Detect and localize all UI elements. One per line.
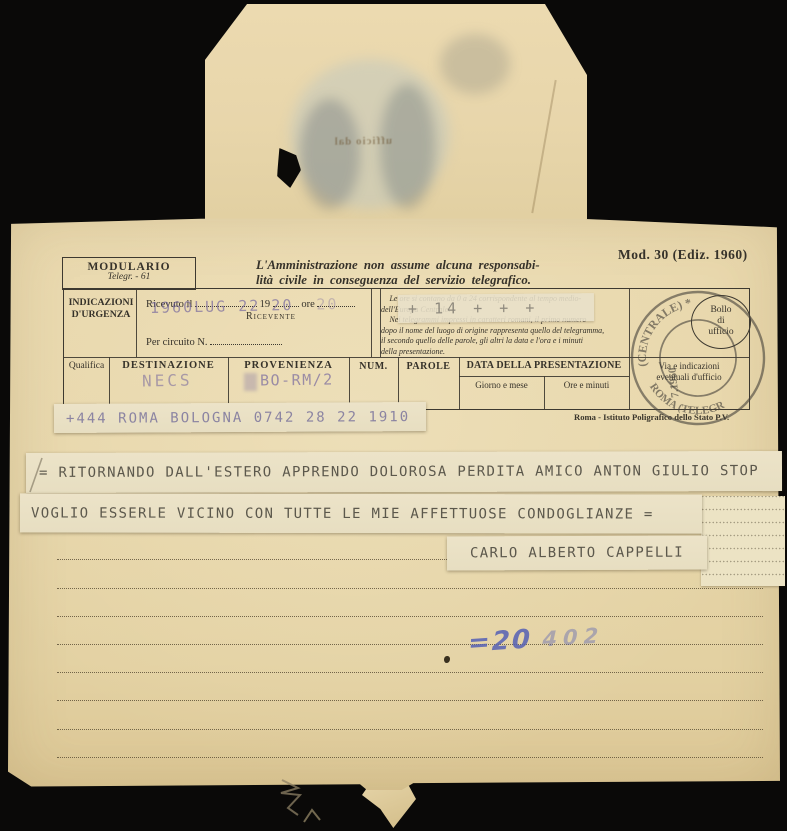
tariff-tape: + 14 + + + — [398, 293, 594, 323]
col-destinazione: DESTINAZIONE — [109, 360, 228, 371]
message-strip-2: VOGLIO ESSERLE VICINO CON TUTTE LE MIE A… — [20, 493, 702, 533]
signature-text: CARLO ALBERTO CAPPELLI — [470, 545, 684, 562]
ink-smudge — [244, 373, 257, 391]
form-dotted-line — [57, 672, 763, 673]
table-border-line — [136, 289, 137, 357]
received-datetime-text: 1960LUG 22 20 — [150, 296, 294, 317]
modulario-box: MODULARIO Telegr. - 61 — [62, 257, 196, 290]
stub-ghost-text: ufficio dal — [252, 135, 392, 149]
disclaimer-line1: L'Amministrazione non assume alcuna resp… — [256, 258, 558, 273]
blue-note-strong: =20 — [468, 624, 533, 659]
col-qualifica: Qualifica — [64, 361, 109, 371]
urgency-line2: D'URGENZA — [66, 309, 136, 321]
received-extra-text: 20 — [316, 295, 338, 313]
stub-stain — [300, 99, 360, 209]
col-provenienza: PROVENIENZA — [228, 360, 349, 371]
notice-line: dopo il nome del luogo di origine rappre… — [381, 325, 622, 336]
circuito-label: Per circuito N. — [146, 337, 208, 348]
col-num: NUM. — [349, 361, 398, 372]
notice-line: il secondo quello delle parole, gli altr… — [381, 335, 622, 346]
postmark-date-text: 7.1960 — [666, 366, 681, 398]
circuito-line: Per circuito N. — [146, 335, 282, 348]
message-line2: VOGLIO ESSERLE VICINO CON TUTTE LE MIE A… — [31, 505, 654, 522]
modulario-sublabel: Telegr. - 61 — [63, 272, 195, 282]
notice-line: della presentazione. — [381, 346, 622, 357]
urgency-line1: INDICAZIONI — [66, 297, 136, 309]
form-dotted-line — [57, 644, 763, 645]
dotted-leader — [210, 335, 282, 345]
disclaimer: L'Amministrazione non assume alcuna resp… — [256, 258, 558, 287]
routing-strip: +444 ROMA BOLOGNA 0742 28 22 1910 — [54, 402, 426, 433]
form-dotted-line — [57, 757, 763, 758]
col-data-presentazione: DATA DELLA PRESENTAZIONE — [459, 360, 629, 371]
signature-strip: CARLO ALBERTO CAPPELLI — [447, 536, 707, 571]
urgency-cell: INDICAZIONI D'URGENZA — [66, 297, 136, 320]
message-line1: = RITORNANDO DALL'ESTERO APPRENDO DOLORO… — [39, 463, 759, 481]
stub-stain — [440, 34, 510, 94]
blue-note-faint: 402 — [542, 623, 605, 651]
message-strip-1: = RITORNANDO DALL'ESTERO APPRENDO DOLORO… — [26, 451, 782, 493]
form-dotted-line — [57, 588, 763, 589]
blank-tape-patch — [701, 496, 785, 586]
disclaimer-line2: lità civile in conseguenza del servizio … — [256, 273, 558, 288]
destination-code-stamp: NECS — [142, 371, 193, 391]
pencil-tick — [26, 452, 50, 496]
photo-background: { "form": { "modulario_line1": "MODULARI… — [0, 0, 787, 831]
model-label: Mod. 30 (Ediz. 1960) — [618, 247, 748, 263]
table-border-line — [371, 289, 372, 357]
form-dotted-line — [57, 729, 763, 730]
postmark-stamp: (CENTRALE) * ROMA (TELEGR 7.1960 — [612, 272, 784, 444]
stub-crease — [531, 80, 556, 213]
origin-circuit-stamp: BO-RM/2 — [260, 370, 334, 389]
pencil-squiggle — [268, 770, 338, 828]
col-parole: PAROLE — [398, 361, 459, 372]
telegram-stub — [205, 4, 587, 219]
form-dotted-line — [57, 700, 763, 701]
col-giorno-mese: Giorno e mese — [459, 380, 544, 390]
form-dotted-line — [57, 616, 763, 617]
